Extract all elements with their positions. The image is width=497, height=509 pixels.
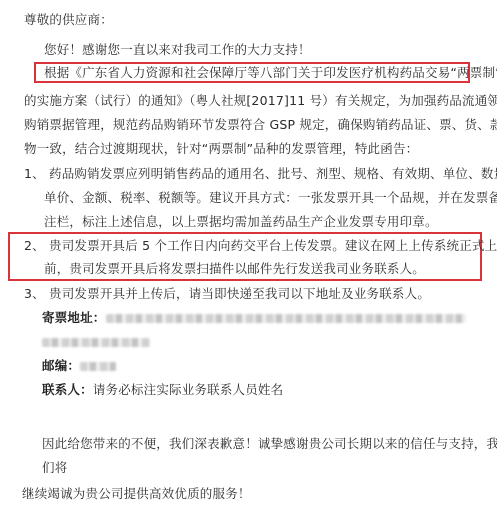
salutation: 尊敬的供应商： [24, 12, 113, 28]
redacted-address-cont [42, 338, 150, 347]
redacted-address [106, 314, 466, 323]
closing-line: 继续竭诚为贵公司提供高效优质的服务！ [22, 486, 251, 502]
intro-line: 购销票据管理，规范药品购销环节发票符合 GSP 规定，确保购销药品证、票、货、款… [24, 117, 497, 133]
item-3-line: 3、 贵司发票开具并上传后，请当即快递至我司以下地址及业务联系人。 [24, 286, 430, 302]
intro-line: 物一致，结合过渡期现状，针对“两票制”品种的发票管理，特此函告： [24, 141, 418, 157]
item-1-line: 1、 药品购销发票应列明销售药品的通用名、批号、剂型、规格、有效期、单位、数量、 [24, 166, 497, 182]
address-label: 寄票地址： [42, 310, 106, 325]
contact-label: 联系人： [42, 382, 93, 397]
address-row-2 [42, 334, 150, 350]
contact-row: 联系人：请务必标注实际业务联系人员姓名 [42, 382, 283, 398]
closing-line: 因此给您带来的不便，我们深表歉意！诚挚感谢贵公司长期以来的信任与支持，我 [42, 436, 497, 452]
redacted-postcode [80, 362, 116, 371]
contact-value: 请务必标注实际业务联系人员姓名 [93, 382, 284, 397]
item-2-line: 2、 贵司发票开具后 5 个工作日内向药交平台上传发票。建议在网上上传系统正式上… [24, 238, 497, 254]
address-row: 寄票地址： [42, 310, 466, 326]
closing-line: 们将 [42, 460, 67, 476]
item-1-line: 注栏，标注上述信息，以上票据均需加盖药品生产企业发票专用印章。 [44, 214, 438, 230]
postcode-row: 邮编： [42, 358, 116, 374]
postcode-label: 邮编： [42, 358, 80, 373]
greeting: 您好！感谢您一直以来对我司工作的大力支持！ [44, 42, 311, 58]
intro-highlighted: 根据《广东省人力资源和社会保障厅等八部门关于印发医疗机构药品交易“两票制” [44, 65, 497, 81]
item-2-line: 前，贵司发票开具后将发票扫描件以邮件先行发送我司业务联系人。 [44, 261, 425, 277]
intro-line: 的实施方案（试行）的通知》（粤人社规[2017]11 号）有关规定，为加强药品流… [24, 93, 497, 109]
item-1-line: 单价、金额、税率、税额等。建议开具方式：一张发票开具一个品规，并在发票备 [44, 190, 497, 206]
